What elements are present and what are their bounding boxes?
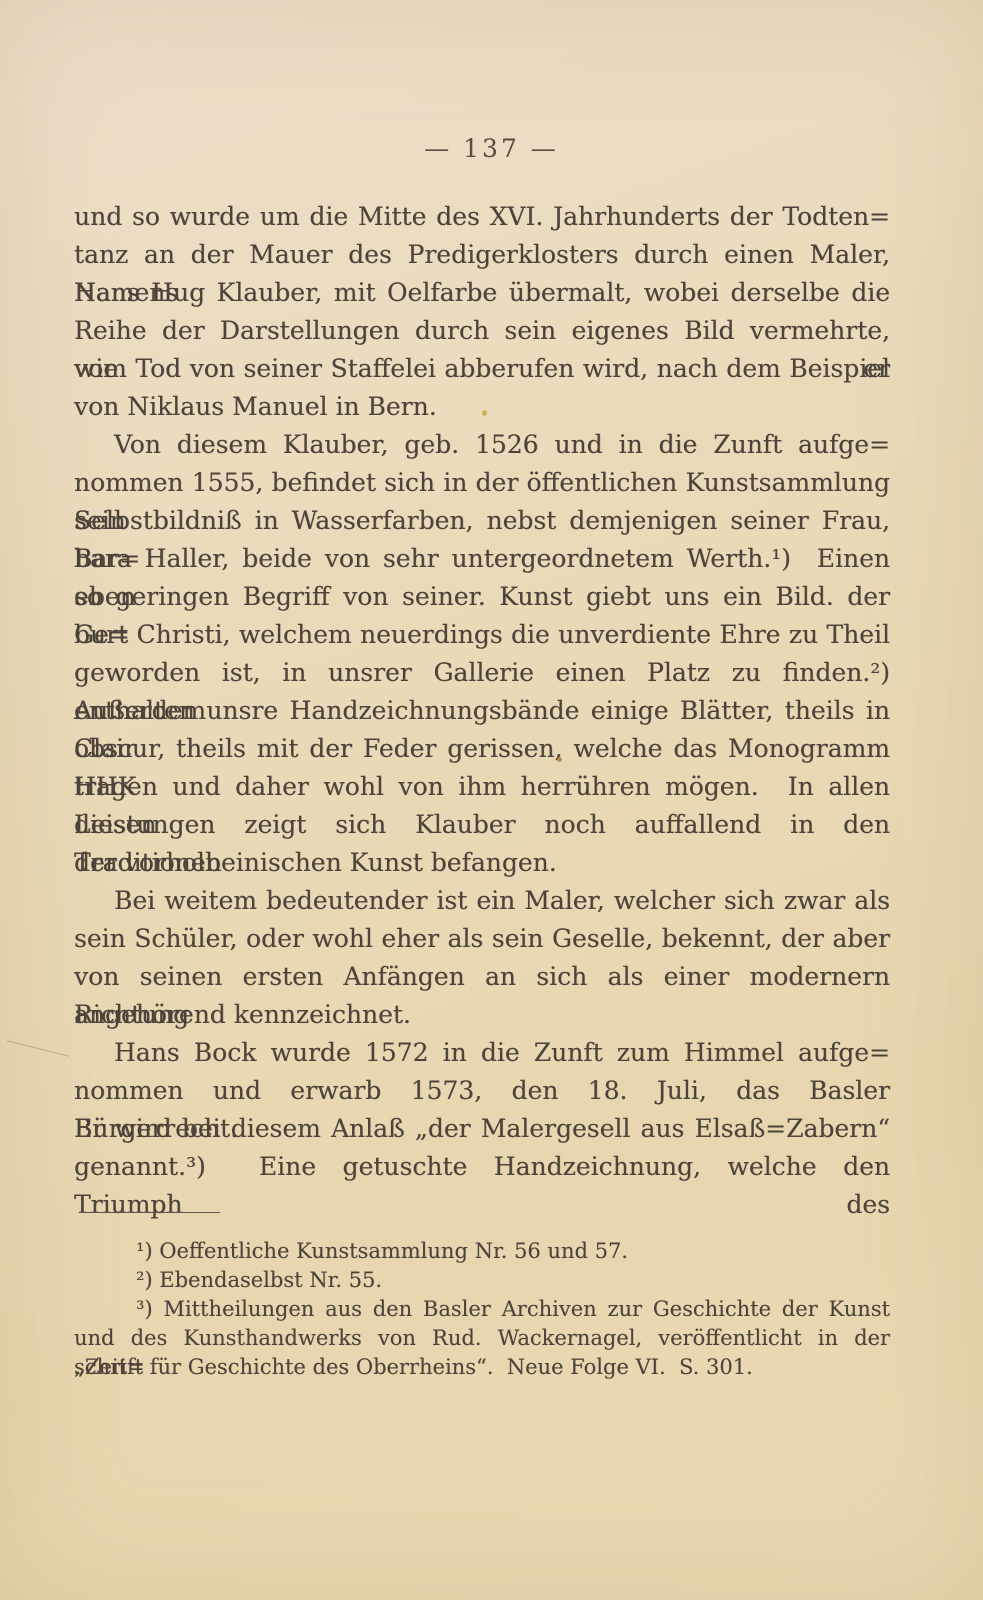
text-line: Hans Hug Klauber, mit Oelfarbe übermalt,… [74, 274, 890, 312]
text-line: der vorholbeinischen Kunst befangen. [74, 844, 890, 882]
text-line: angehörend kennzeichnet. [74, 996, 890, 1034]
footnote-line: ²) Ebendaselbst Nr. 55. [74, 1266, 890, 1295]
footnote-line: ¹) Oeffentliche Kunstsammlung Nr. 56 und… [74, 1237, 890, 1266]
text-line: obscur, theils mit der Feder gerissen, w… [74, 730, 890, 768]
paragraph-1: und so wurde um die Mitte des XVI. Jahrh… [74, 198, 890, 426]
paper-speck [557, 757, 562, 762]
text-line: geworden ist, in unsrer Gallerie einen P… [74, 654, 890, 692]
footnotes: ¹) Oeffentliche Kunstsammlung Nr. 56 und… [74, 1237, 890, 1382]
text-line: Von diesem Klauber, geb. 1526 und in die… [74, 426, 890, 464]
text-line: Bei weitem bedeutender ist ein Maler, we… [74, 882, 890, 920]
paragraph-4: Hans Bock wurde 1572 in die Zunft zum Hi… [74, 1034, 890, 1186]
text-line: burt Christi, welchem neuerdings die unv… [74, 616, 890, 654]
text-line: enthalten unsre Handzeichnungsbände eini… [74, 692, 890, 730]
page-body: und so wurde um die Mitte des XVI. Jahrh… [74, 198, 890, 1186]
text-line: bara Haller, beide von sehr untergeordne… [74, 540, 890, 578]
text-line: Leistungen zeigt sich Klauber noch auffa… [74, 806, 890, 844]
page-number: — 137 — [0, 134, 983, 163]
text-line: genannt.³) Eine getuschte Handzeichnung,… [74, 1148, 890, 1186]
footnote-separator [80, 1212, 220, 1213]
paper-crease [7, 1040, 69, 1056]
text-line: Selbstbildniß in Wasserfarben, nebst dem… [74, 502, 890, 540]
paragraph-3: Bei weitem bedeutender ist ein Maler, we… [74, 882, 890, 1034]
text-line: tragen und daher wohl von ihm herrühren … [74, 768, 890, 806]
text-line: tanz an der Mauer des Predigerklosters d… [74, 236, 890, 274]
text-line: und so wurde um die Mitte des XVI. Jahrh… [74, 198, 890, 236]
text-line: vom Tod von seiner Staffelei abberufen w… [74, 350, 890, 388]
footnote-line: ³) Mittheilungen aus den Basler Archiven… [74, 1295, 890, 1324]
footnote-line: schrift für Geschichte des Oberrheins“. … [74, 1353, 890, 1382]
text-line: nommen und erwarb 1573, den 18. Juli, da… [74, 1072, 890, 1110]
text-line: nommen 1555, befindet sich in der öffent… [74, 464, 890, 502]
text-line: Reihe der Darstellungen durch sein eigen… [74, 312, 890, 350]
paper-speck [482, 410, 487, 416]
text-line: von seinen ersten Anfängen an sich als e… [74, 958, 890, 996]
text-line: sein Schüler, oder wohl eher als sein Ge… [74, 920, 890, 958]
footnote-line: und des Kunsthandwerks von Rud. Wackerna… [74, 1324, 890, 1353]
text-line: von Niklaus Manuel in Bern. [74, 388, 890, 426]
text-line: so geringen Begriff von seiner. Kunst gi… [74, 578, 890, 616]
paragraph-2: Von diesem Klauber, geb. 1526 und in die… [74, 426, 890, 882]
book-page: — 137 — und so wurde um die Mitte des XV… [0, 0, 983, 1600]
text-line: Hans Bock wurde 1572 in die Zunft zum Hi… [74, 1034, 890, 1072]
text-line: Er wird bei diesem Anlaß „der Malergesel… [74, 1110, 890, 1148]
